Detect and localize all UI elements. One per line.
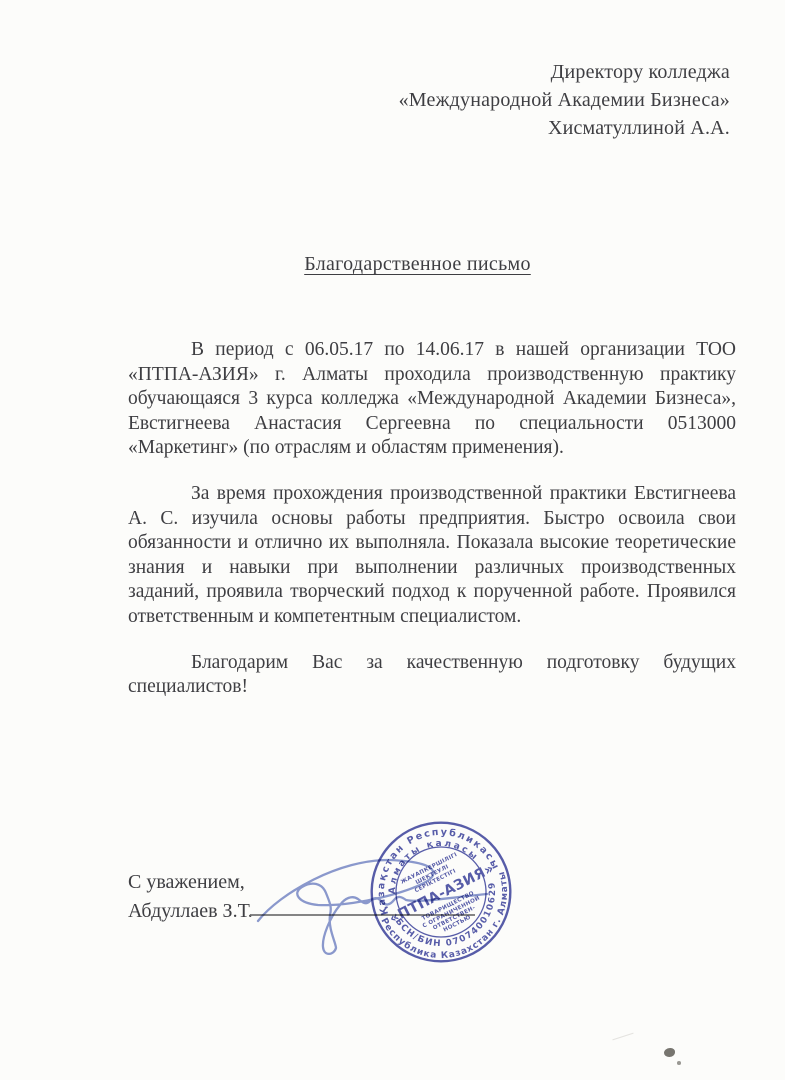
company-stamp: Қазақстан Республикасы Алматы қаласы БСН… (368, 819, 514, 965)
closing-block: С уважением, Абдуллаев З.Т. (128, 868, 253, 926)
letter-body: В период с 06.05.17 по 14.06.17 в нашей … (128, 338, 736, 721)
recipient-line: Хисматуллиной А.А. (310, 114, 730, 142)
scanned-letter-page: Директору колледжа «Международной Академ… (0, 0, 785, 1080)
scan-artifact-speck (664, 1048, 675, 1057)
scan-artifact-speck (677, 1061, 681, 1065)
closing-line: С уважением, (128, 868, 253, 897)
recipient-block: Директору колледжа «Международной Академ… (310, 58, 730, 142)
closing-line: Абдуллаев З.Т. (128, 897, 253, 926)
body-paragraph: За время прохождения производственной пр… (128, 482, 736, 630)
letter-title-wrap: Благодарственное письмо (114, 253, 721, 276)
recipient-line: «Международной Академии Бизнеса» (310, 86, 730, 114)
body-paragraph: В период с 06.05.17 по 14.06.17 в нашей … (128, 338, 736, 461)
scan-artifact-mark (612, 1033, 633, 1041)
recipient-line: Директору колледжа (310, 58, 730, 86)
body-paragraph: Благодарим Вас за качественную подготовк… (128, 651, 736, 700)
letter-title: Благодарственное письмо (304, 253, 531, 275)
